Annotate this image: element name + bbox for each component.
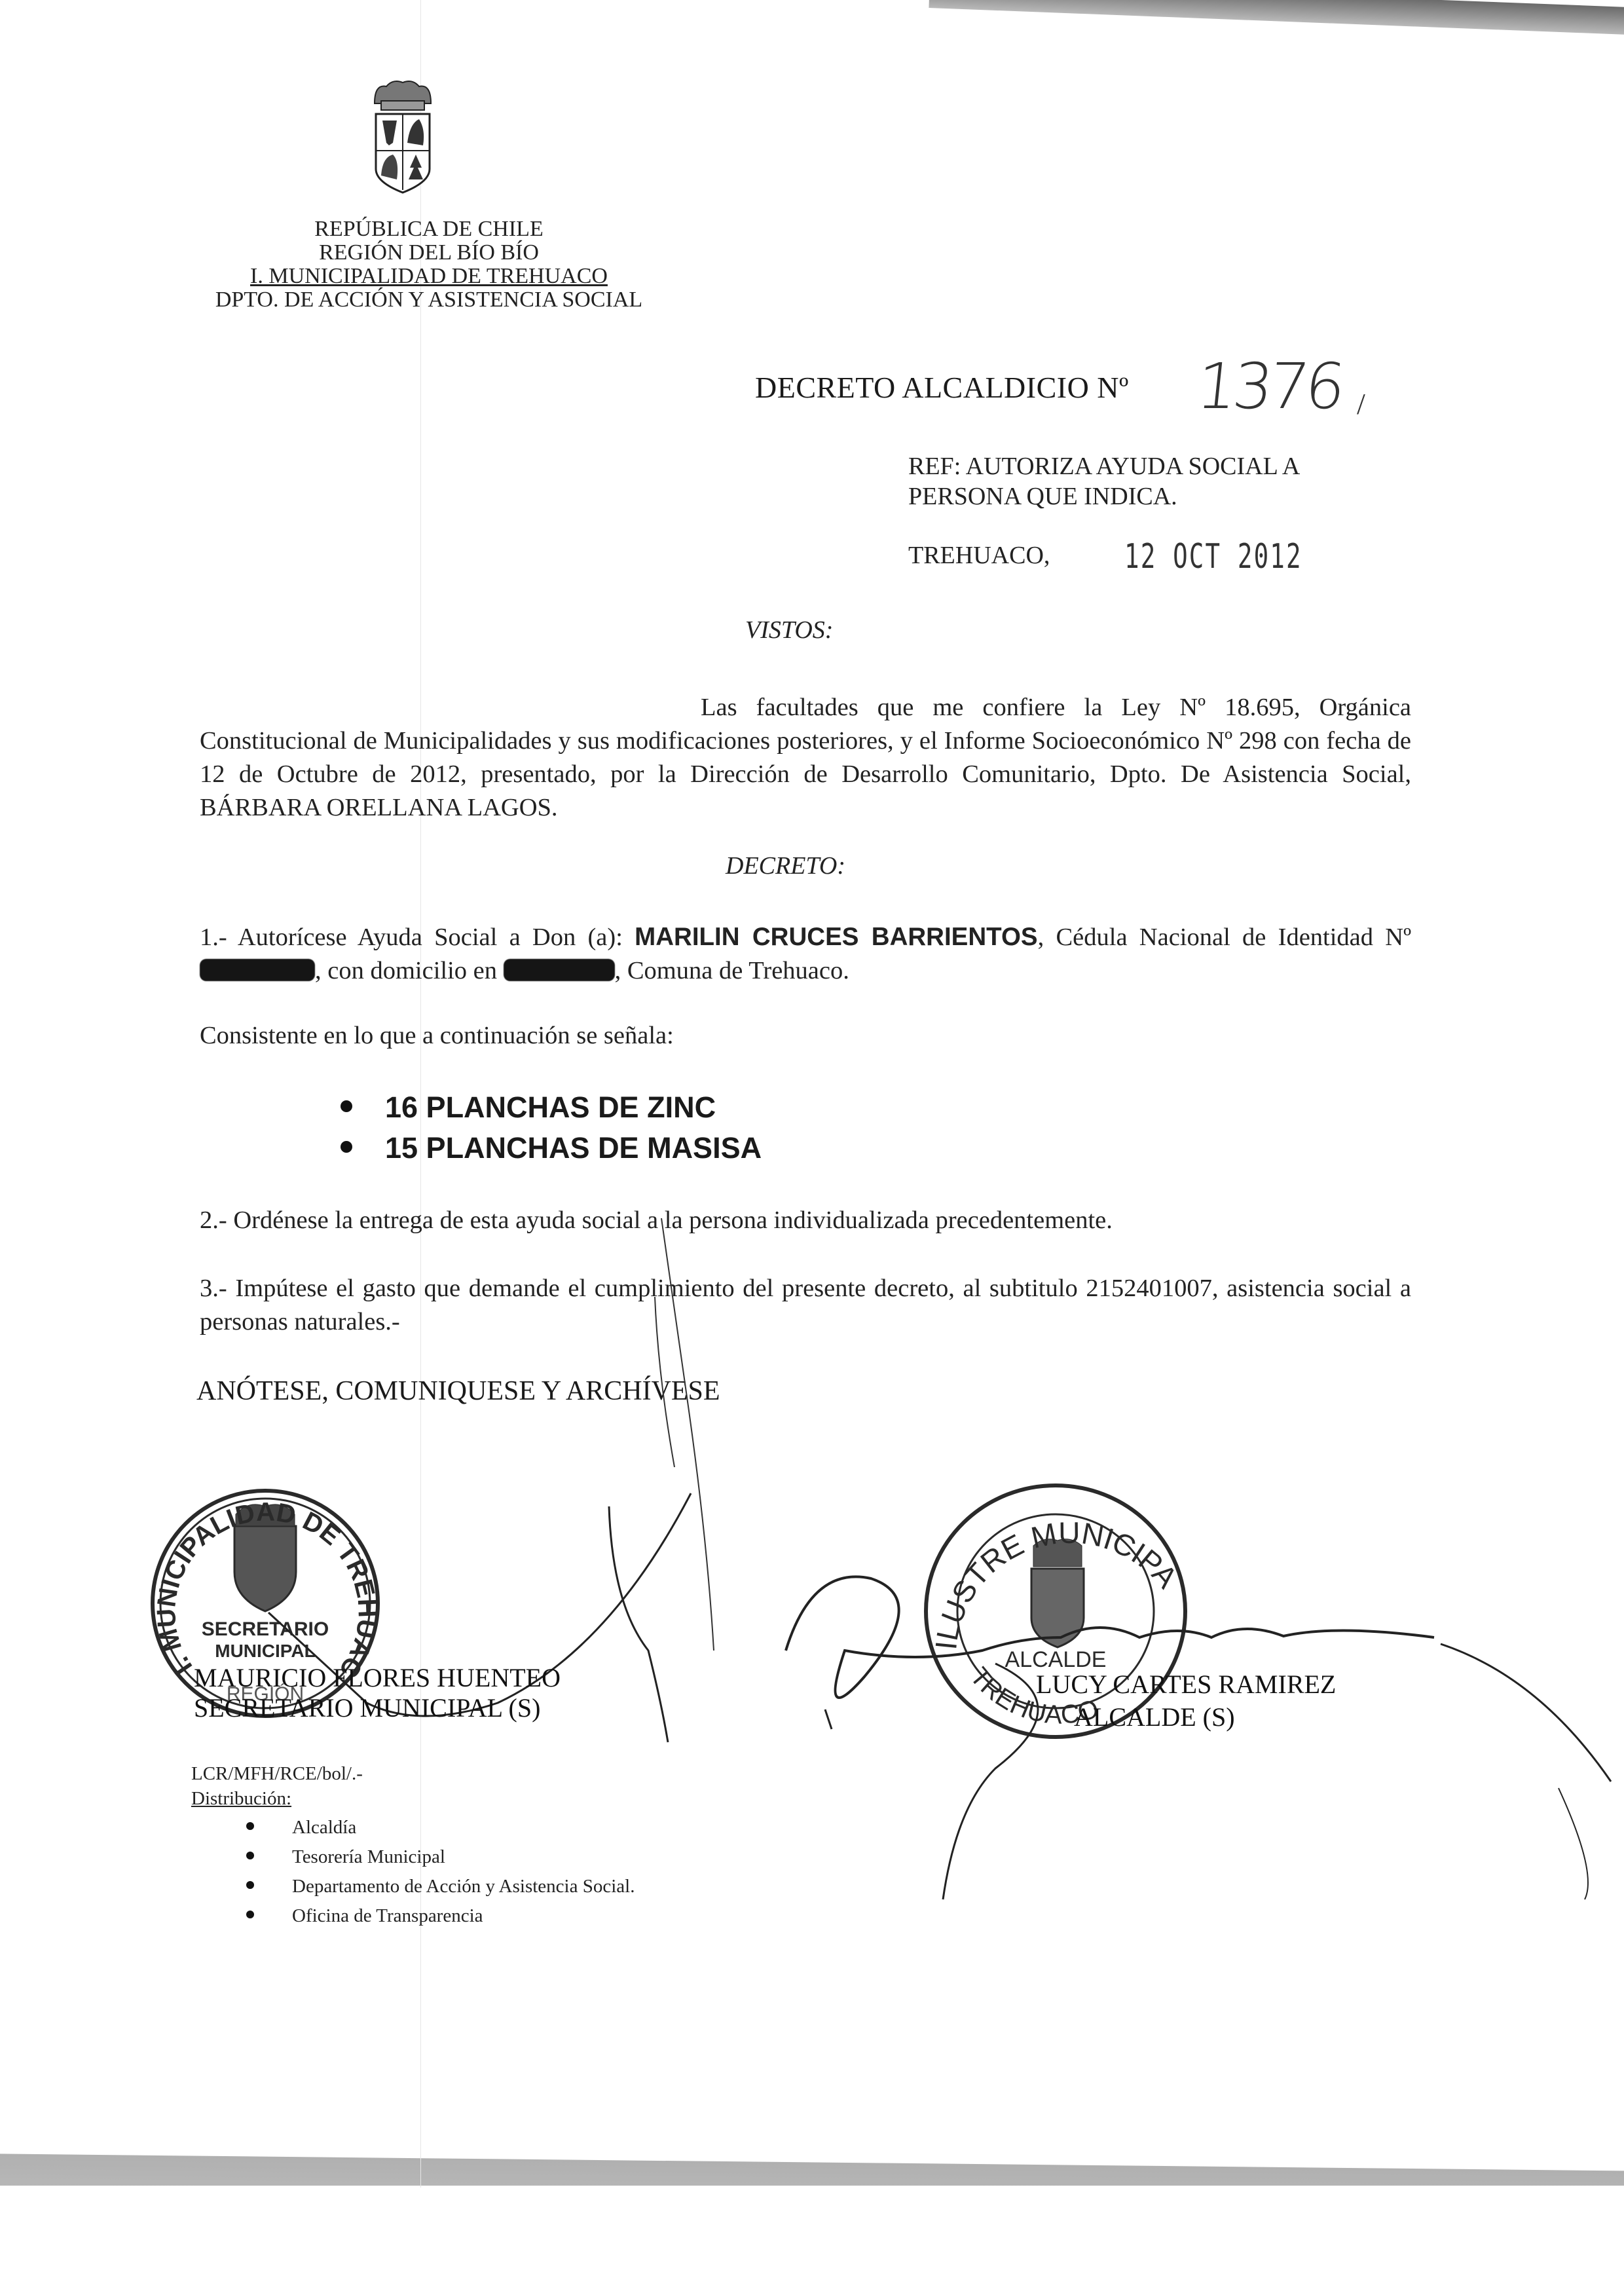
bullet-icon [341, 1100, 352, 1112]
redacted-address [504, 959, 615, 981]
item1-prefix: 1.- Autorícese Ayuda Social a Don (a): [200, 924, 635, 951]
scan-edge-shadow-top [929, 0, 1624, 38]
header-department: DPTO. DE ACCIÓN Y ASISTENCIA SOCIAL [177, 288, 681, 312]
date-stamp: 12 OCT 2012 [1124, 537, 1302, 576]
decree-item-3: 3.- Impútese el gasto que demande el cum… [200, 1272, 1411, 1339]
bullet-icon [246, 1911, 254, 1918]
distribution-item: Departamento de Acción y Asistencia Soci… [292, 1876, 635, 1897]
header-region: REGIÓN DEL BÍO BÍO [196, 241, 661, 265]
materials-list: 16 PLANCHAS DE ZINC 15 PLANCHAS DE MASIS… [341, 1087, 762, 1168]
list-item: Alcaldía [246, 1813, 635, 1842]
bullet-icon [246, 1822, 254, 1830]
list-item: Oficina de Transparencia [246, 1901, 635, 1931]
coat-of-arms-icon [367, 77, 439, 195]
item1-address-label: , con domicilio en [315, 957, 504, 984]
distribution-list: Alcaldía Tesorería Municipal Departament… [246, 1813, 635, 1931]
reference-line-2: PERSONA QUE INDICA. [908, 482, 1177, 511]
secretary-name: MAURICIO FLORES HUENTEO [194, 1662, 561, 1693]
list-item: Tesorería Municipal [246, 1842, 635, 1872]
decree-number-handwritten: 1376 [1193, 350, 1345, 423]
redacted-id-number [200, 959, 315, 981]
item1-commune: , Comuna de Trehuaco. [615, 957, 849, 984]
reference-line-1: REF: AUTORIZA AYUDA SOCIAL A [908, 452, 1300, 481]
vistos-heading: VISTOS: [745, 616, 833, 644]
vistos-paragraph: Las facultades que me confiere la Ley Nº… [200, 691, 1411, 825]
header-municipality: I. MUNICIPALIDAD DE TREHUACO [196, 265, 661, 288]
mayor-name: LUCY CARTES RAMIREZ [1036, 1669, 1336, 1700]
distribution-item: Tesorería Municipal [292, 1846, 445, 1867]
stamp-left-inner-2: MUNICIPAL [215, 1641, 315, 1661]
bullet-icon [246, 1881, 254, 1889]
bullet-icon [246, 1852, 254, 1859]
header-country: REPÚBLICA DE CHILE [196, 217, 661, 241]
initials-line: LCR/MFH/RCE/bol/.- [191, 1763, 363, 1785]
signatures-and-stamps: I. MUNICIPALIDAD DE TREHUACO SECRETARIO … [0, 0, 1624, 2295]
distribution-item: Oficina de Transparencia [292, 1905, 483, 1926]
distribution-item: Alcaldía [292, 1817, 356, 1838]
decree-number-suffix: / [1357, 386, 1365, 421]
decree-item-1: 1.- Autorícese Ayuda Social a Don (a): M… [200, 920, 1411, 988]
decree-item-2: 2.- Ordénese la entrega de esta ayuda so… [200, 1204, 1411, 1237]
closing-formula: ANÓTESE, COMUNIQUESE Y ARCHÍVESE [196, 1375, 720, 1407]
decreto-heading: DECRETO: [726, 851, 845, 880]
material-label: 15 PLANCHAS DE MASISA [385, 1131, 762, 1165]
stamp-left-inner-1: SECRETARIO [202, 1618, 329, 1640]
material-label: 16 PLANCHAS DE ZINC [385, 1091, 716, 1124]
beneficiary-name: MARILIN CRUCES BARRIENTOS [635, 923, 1037, 951]
distribution-label: Distribución: [191, 1788, 291, 1810]
list-item: 16 PLANCHAS DE ZINC [341, 1087, 762, 1128]
decree-title: DECRETO ALCALDICIO Nº [755, 370, 1129, 405]
bullet-icon [341, 1141, 352, 1153]
place-label: TREHUACO, [908, 541, 1050, 570]
secretary-role: SECRETARIO MUNICIPAL (S) [194, 1692, 540, 1723]
list-item: Departamento de Acción y Asistencia Soci… [246, 1872, 635, 1901]
item1-id-label: , Cédula Nacional de Identidad Nº [1038, 924, 1411, 951]
consists-label: Consistente en lo que a continuación se … [200, 1019, 1411, 1053]
page-margin-bottom [0, 2186, 1624, 2295]
list-item: 15 PLANCHAS DE MASISA [341, 1128, 762, 1168]
mayor-role: ALCALDE (S) [1074, 1702, 1235, 1732]
